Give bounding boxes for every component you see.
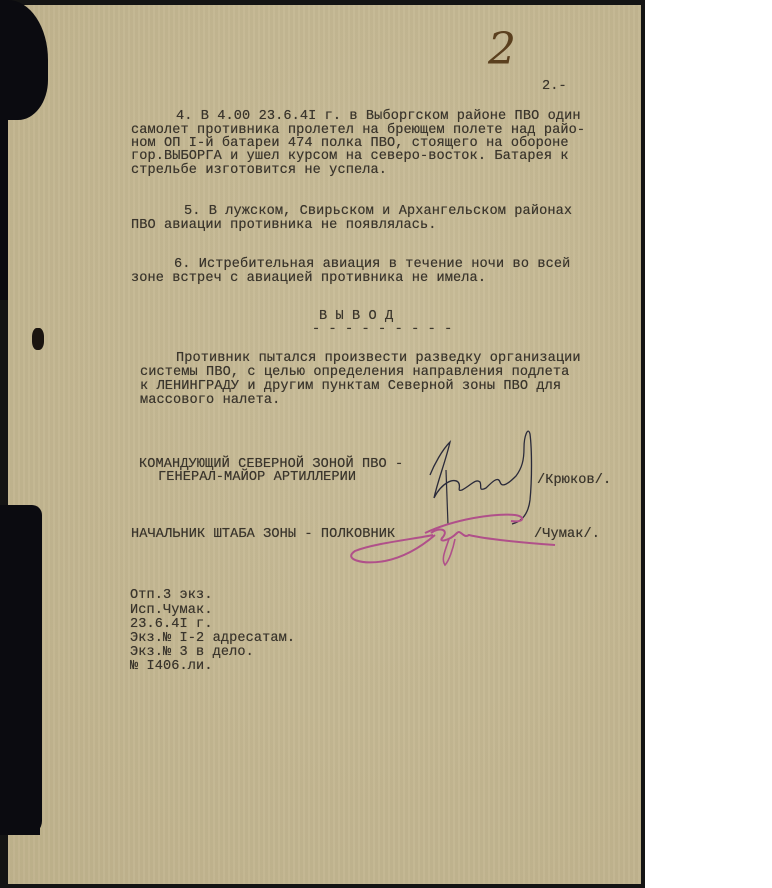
footer-line: 23.6.4I г. bbox=[130, 618, 213, 632]
text-line: к ЛЕНИНГРАДУ и другим пунктам Северной з… bbox=[140, 380, 561, 394]
text-line: ПВО авиации противника не появлялась. bbox=[131, 219, 437, 233]
commander-title-line2: ГЕНЕРАЛ-МАЙОР АРТИЛЛЕРИИ bbox=[158, 471, 356, 485]
text-line: 4. В 4.00 23.6.4I г. в Выборгском районе… bbox=[176, 110, 581, 124]
chief-of-staff-signature bbox=[345, 505, 565, 575]
heading-underline: - - - - - - - - - bbox=[312, 323, 452, 337]
text-line: массового налета. bbox=[140, 394, 280, 408]
footer-line: Экз.№ I-2 адресатам. bbox=[130, 632, 295, 646]
text-line: Противник пытался произвести разведку ор… bbox=[176, 352, 581, 366]
text-line: зоне встреч с авиацией противника не име… bbox=[131, 272, 486, 286]
text-line: гор.ВЫБОРГА и ушел курсом на северо-вост… bbox=[131, 150, 569, 164]
handwritten-page-number: 2 bbox=[488, 28, 516, 72]
text-line: 6. Истребительная авиация в течение ночи… bbox=[174, 258, 570, 272]
typed-page-number: 2.- bbox=[542, 80, 567, 94]
footer-line: Отп.3 экз. bbox=[130, 589, 213, 603]
page-content: 2 2.- 4. В 4.00 23.6.4I г. в Выборгском … bbox=[0, 0, 645, 888]
text-line: системы ПВО, с целью определения направл… bbox=[140, 366, 569, 380]
footer-line: Экз.№ 3 в дело. bbox=[130, 646, 254, 660]
text-line: стрельбе изготовится не успела. bbox=[131, 164, 387, 178]
footer-line: Исп.Чумак. bbox=[130, 604, 213, 618]
footer-line: № I406.ли. bbox=[130, 660, 213, 674]
text-line: 5. В лужском, Свирьском и Архангельском … bbox=[184, 205, 572, 219]
